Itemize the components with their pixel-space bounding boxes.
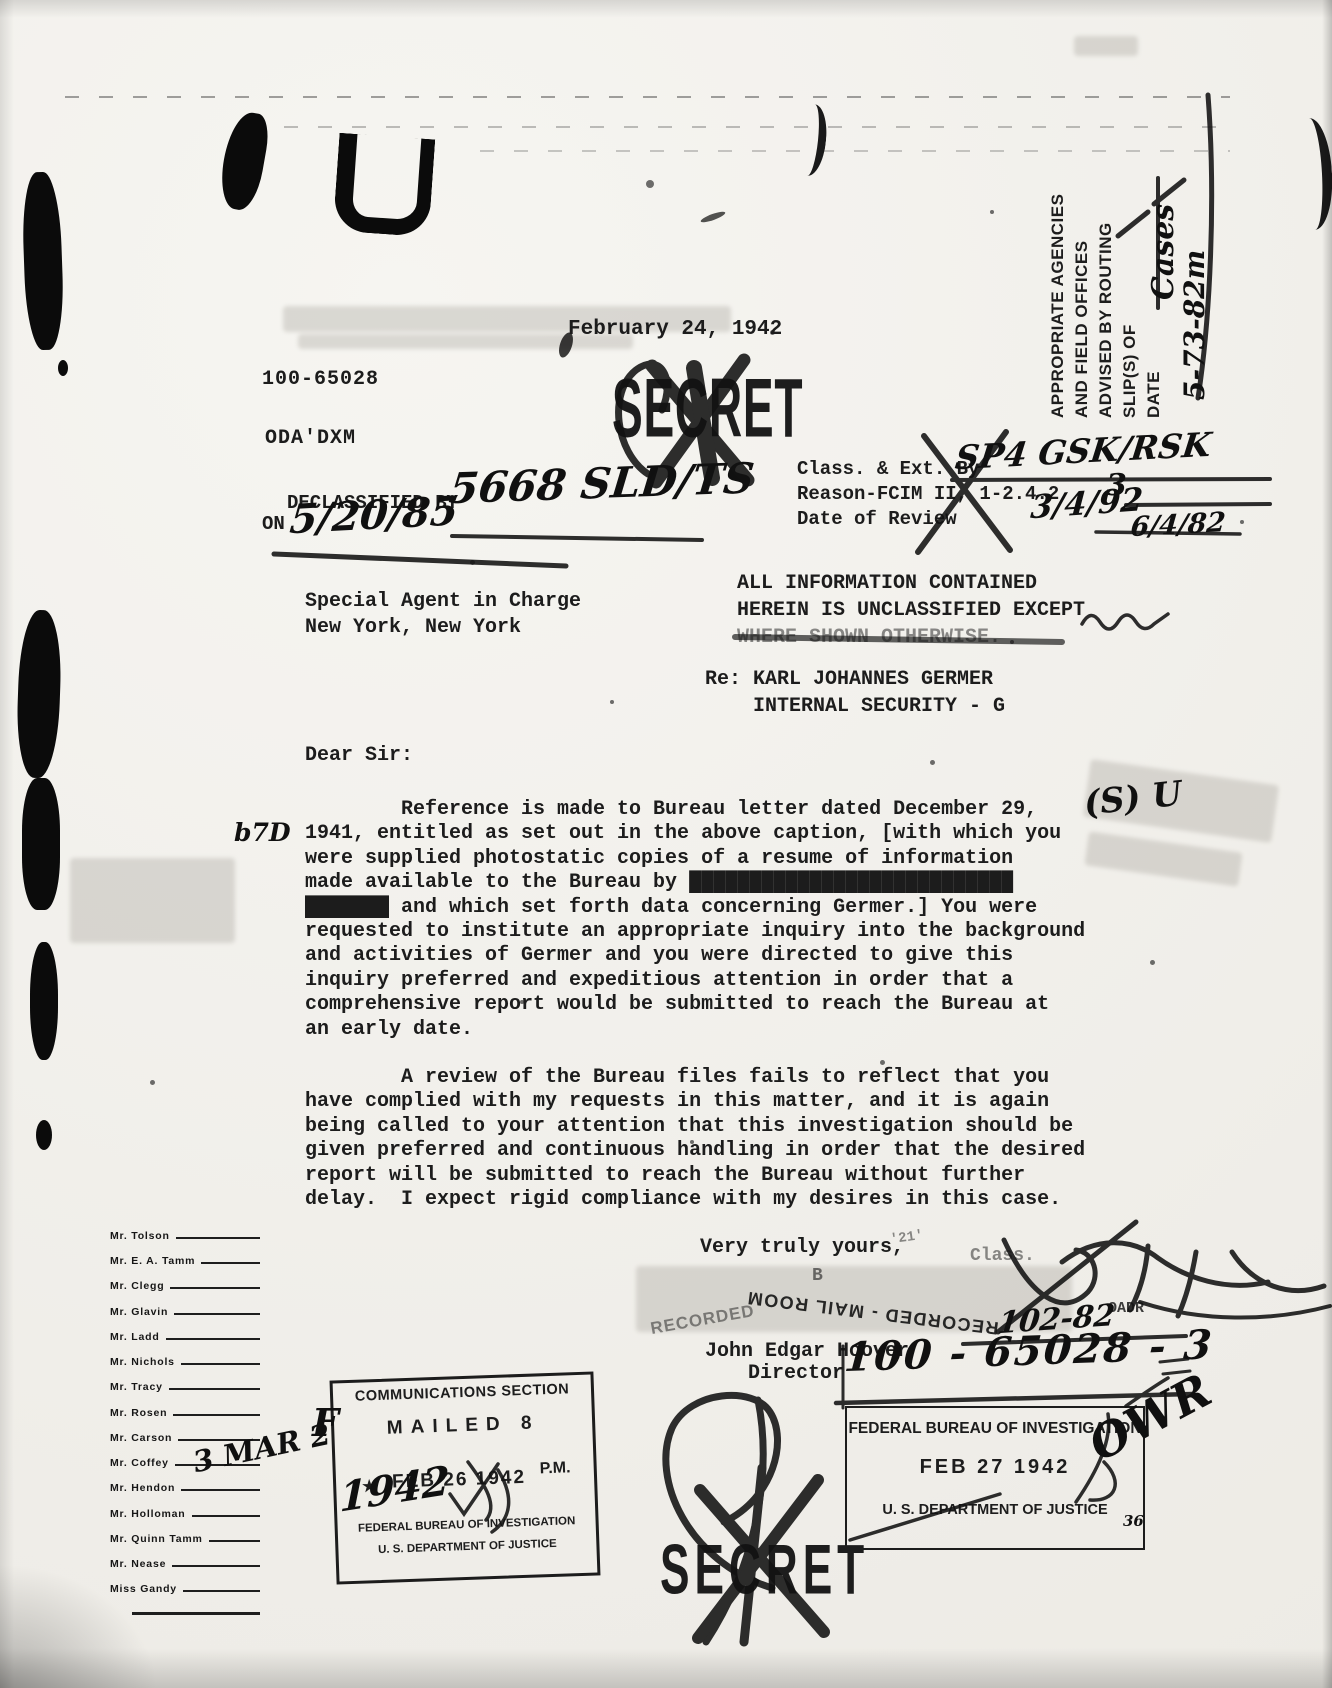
routing-list-row: Mr. Holloman <box>110 1508 260 1520</box>
scan-artifact <box>36 1120 52 1150</box>
scan-noise-line <box>250 126 1230 128</box>
signer-title: Director <box>748 1362 844 1385</box>
extra-date-handwriting: 6/4/82 <box>1129 507 1226 543</box>
routing-underline <box>169 1378 260 1390</box>
routing-underline <box>172 1555 260 1567</box>
comm-stamp-line4: FEDERAL BUREAU OF INVESTIGATION <box>338 1514 596 1535</box>
fbi-stamp-line3: U. S. DEPARTMENT OF JUSTICE <box>847 1502 1143 1518</box>
routing-list-row: Mr. Ladd <box>110 1331 260 1343</box>
routing-underline <box>170 1277 260 1289</box>
scan-artifact <box>58 360 68 376</box>
scan-artifact <box>21 171 65 350</box>
routing-name: Mr. Quinn Tamm <box>110 1533 203 1545</box>
typist-initials: ODA'DXM <box>265 427 356 450</box>
routing-list-row: Mr. Nichols <box>110 1356 260 1368</box>
routing-stamp-line3: ADVISED BY ROUTING <box>1096 222 1116 418</box>
edge-shadow <box>1322 0 1332 1688</box>
scan-artifact <box>22 778 60 910</box>
routing-underline <box>209 1530 260 1542</box>
routing-date-handwriting: 5-73-82m <box>1178 250 1211 400</box>
routing-list-row: Mr. Clegg <box>110 1280 260 1292</box>
body-paragraph-2: A review of the Bureau files fails to re… <box>305 1066 1105 1212</box>
speck <box>1150 960 1155 965</box>
routing-stamp-line1: APPROPRIATE AGENCIES <box>1048 194 1068 418</box>
comm-stamp-line1: COMMUNICATIONS SECTION <box>333 1381 591 1406</box>
routing-name: Mr. E. A. Tamm <box>110 1255 195 1267</box>
speck <box>880 1060 885 1065</box>
routing-underline <box>174 1303 260 1315</box>
routing-list-row: Mr. Tracy <box>110 1381 260 1393</box>
routing-name: Mr. Coffey <box>110 1457 169 1469</box>
scan-noise-line <box>65 96 1230 98</box>
b7d-annotation: b7D <box>234 818 291 847</box>
file-number: 100-65028 <box>262 368 379 391</box>
routing-underline <box>173 1404 260 1416</box>
ghost-text-bar <box>1084 831 1242 886</box>
routing-name: Mr. Tolson <box>110 1230 170 1242</box>
speck <box>470 560 475 565</box>
info-stamp-line3: WHERE SHOWN OTHERWISE. <box>737 626 1001 649</box>
routing-underline <box>166 1328 260 1340</box>
routing-name: Mr. Rosen <box>110 1407 167 1419</box>
speck <box>150 1080 155 1085</box>
3mar-handwriting: 3 MAR 2 <box>190 1417 333 1479</box>
routing-list-row: Mr. Hendon <box>110 1482 260 1494</box>
declassified-by-handwriting: 5668 SLD/TS <box>447 453 757 513</box>
scan-artifact <box>30 942 58 1060</box>
routing-list-row: Mr. Tolson <box>110 1230 260 1242</box>
ink-blob <box>333 133 436 237</box>
ghost-text-bar <box>1074 36 1138 56</box>
routing-name: Mr. Nichols <box>110 1356 175 1368</box>
body-paragraph-1: Reference is made to Bureau letter dated… <box>305 798 1105 1042</box>
routing-name: Mr. Clegg <box>110 1280 164 1292</box>
routing-list-row: Mr. Rosen <box>110 1407 260 1419</box>
owr-initials: OWR <box>1080 1363 1220 1472</box>
secret-stamp-top: SECRET <box>612 360 803 456</box>
edge-shadow <box>0 0 14 1688</box>
routing-stamp-line2: AND FIELD OFFICES <box>1072 240 1092 418</box>
declassified-on-handwriting: 5/20/85 <box>288 487 460 543</box>
date-line: February 24, 1942 <box>568 318 782 341</box>
edge-shadow <box>0 0 1332 18</box>
re-line1: Re: KARL JOHANNES GERMER <box>705 668 993 691</box>
routing-name: Mr. Holloman <box>110 1508 186 1520</box>
scan-artifact <box>15 609 63 778</box>
routing-name: Mr. Carson <box>110 1432 172 1444</box>
declassified-on-label: ON <box>262 513 285 535</box>
routing-name: Mr. Hendon <box>110 1482 175 1494</box>
speck <box>990 210 994 214</box>
class-ext-handwriting: SP4 GSK/RSK <box>953 425 1213 478</box>
speck <box>1010 640 1014 644</box>
routing-underline <box>183 1580 260 1592</box>
info-stamp-line1: ALL INFORMATION CONTAINED <box>737 572 1037 595</box>
ghost-b-mark: B <box>812 1266 823 1286</box>
info-stamp-line2: HEREIN IS UNCLASSIFIED EXCEPT <box>737 599 1085 622</box>
speck <box>646 180 654 188</box>
fbi-stamp-handwriting: 36 <box>1123 1512 1144 1530</box>
ink-mark <box>792 103 829 178</box>
info-stamp-squiggle <box>1082 614 1168 629</box>
routing-list-row: Mr. Quinn Tamm <box>110 1533 260 1545</box>
ghost-21-mark: '21' <box>889 1228 925 1249</box>
ghost-text-bar <box>70 858 235 943</box>
secret-stamp-bottom: SECRET <box>660 1530 869 1611</box>
routing-underline <box>201 1252 260 1264</box>
re-line2: INTERNAL SECURITY - G <box>753 695 1005 718</box>
class-ext-label: Class. & Ext. By <box>797 458 979 480</box>
speck <box>1240 520 1244 524</box>
closing: Very truly yours, <box>700 1236 904 1259</box>
routing-underline <box>176 1227 260 1239</box>
speck <box>610 700 614 704</box>
addressee-line2: New York, New York <box>305 616 521 639</box>
class-abbrev: Class. <box>970 1246 1035 1266</box>
edge-shadow <box>0 1648 1332 1688</box>
routing-list-row: Mr. E. A. Tamm <box>110 1255 260 1267</box>
review-handwriting: 3/4/92 <box>1029 480 1144 526</box>
routing-underline <box>192 1505 260 1517</box>
comm-stamp-pm: P.M. <box>539 1459 570 1478</box>
scan-noise-line <box>480 150 1230 152</box>
speck <box>930 760 935 765</box>
routing-underline <box>181 1479 260 1491</box>
routing-stamp-line4: SLIP(S) OF <box>1120 324 1140 418</box>
document-page: February 24, 1942 100-65028 ODA'DXM DECL… <box>0 0 1332 1688</box>
routing-stamp-line5: DATE <box>1144 371 1164 418</box>
comm-stamp-line2: MAILED 8 <box>334 1411 593 1442</box>
routing-name: Mr. Ladd <box>110 1331 160 1343</box>
routing-name: Mr. Glavin <box>110 1306 168 1318</box>
routing-underline <box>181 1353 260 1365</box>
routing-slip-handwriting: Cases <box>1146 204 1181 300</box>
ink-blob <box>216 109 272 212</box>
review-label: Date of Review <box>797 508 957 530</box>
salutation: Dear Sir: <box>305 744 413 767</box>
addressee-line1: Special Agent in Charge <box>305 590 581 613</box>
routing-list-row: Mr. Glavin <box>110 1306 260 1318</box>
ink-mark <box>700 210 726 225</box>
comm-stamp-line5: U. S. DEPARTMENT OF JUSTICE <box>338 1536 596 1557</box>
reason-label: Reason-FCIM II, 1-2.4.2 <box>797 483 1059 505</box>
routing-name: Mr. Tracy <box>110 1381 163 1393</box>
